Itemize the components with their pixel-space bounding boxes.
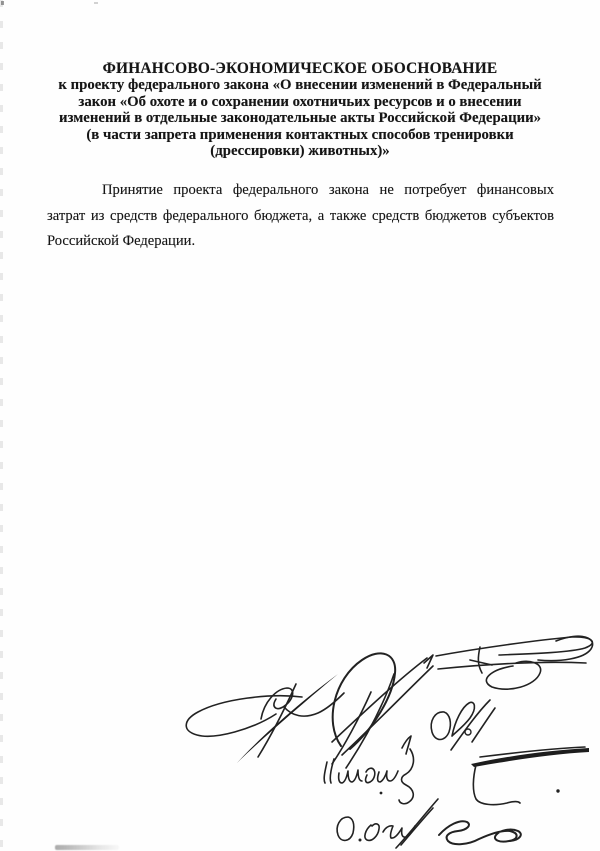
signature-center-loop xyxy=(332,653,433,768)
signature-bottom-right-scrawl xyxy=(439,821,521,844)
signature-cursive-name xyxy=(324,736,413,804)
signature-double-o-slash xyxy=(431,700,495,750)
signature-left-flourish xyxy=(186,674,344,763)
scan-artifact-speck xyxy=(94,2,98,4)
signature-o-cursive-slash xyxy=(337,799,438,848)
signature-bracket xyxy=(471,747,589,805)
scan-artifact-bottom-smudge xyxy=(55,845,119,850)
scan-artifact-speck xyxy=(1,1,4,5)
scan-artifact-left-edge xyxy=(0,0,3,851)
scanned-document-page: ФИНАНСОВО-ЭКОНОМИЧЕСКОЕ ОБОСНОВАНИЕ к пр… xyxy=(0,0,600,851)
signatures-block xyxy=(0,0,600,851)
signature-top-right-scrawl xyxy=(436,636,593,689)
